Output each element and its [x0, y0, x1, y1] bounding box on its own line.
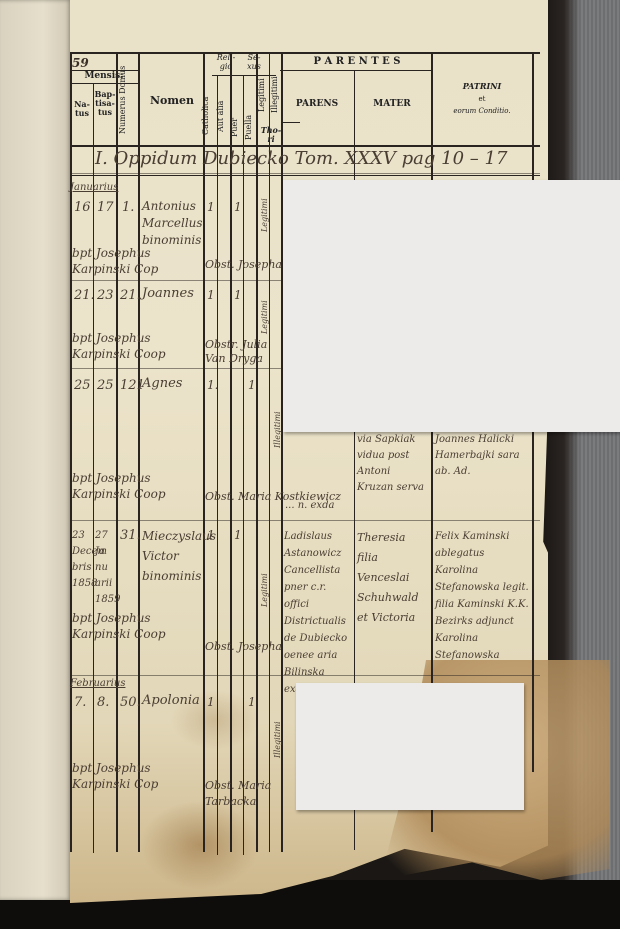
- entry-baptizans: bpt Josephus Karpinski Coop: [72, 330, 182, 362]
- entry-catholica: 1: [207, 288, 215, 302]
- entry-mater: Theresia filia Venceslai Schuhwald et Vi…: [357, 528, 429, 628]
- entry-obstetrix: Obstr. Julia Van Dryga: [205, 338, 285, 366]
- entry-baptisatus: 23: [97, 288, 114, 303]
- entry-baptisatus: 27 Ja nu arii 1859: [95, 528, 115, 608]
- entry-puella: 1: [248, 695, 256, 709]
- entry-natus: 25: [74, 378, 91, 393]
- header-patrini-conditio: eorum Conditio.: [432, 108, 532, 116]
- entry-thori: Illegitimi: [273, 390, 282, 470]
- entry-baptisatus: 25: [97, 378, 114, 393]
- entry-parens: Ladislaus Astanowicz Cancellista pner c.…: [284, 528, 354, 698]
- entry-obstetrix: Obst. Josepha: [205, 258, 282, 271]
- entry-catholica: 1: [207, 528, 215, 542]
- header-numerus-domus: Numerus Domus: [118, 60, 132, 140]
- entry-baptisatus: 8.: [97, 695, 109, 710]
- entry-nomen: Apolonia: [142, 693, 200, 708]
- entry-catholica: 1: [207, 695, 215, 709]
- paper-slip-bottom: [296, 683, 524, 810]
- entry-mater: via Sapkiak vidua post Antoni Kruzan ser…: [357, 432, 429, 496]
- entry-thori: Legitimi: [260, 290, 269, 345]
- entry-baptisatus: 17: [97, 200, 114, 215]
- entry-baptizans: bpt Josephus Karpinski Coop: [72, 610, 182, 642]
- entry-natus: 7.: [74, 695, 86, 710]
- entry-obstetrix: Obst. Maria Tarbacka: [205, 778, 285, 810]
- entry-puer: 1: [234, 288, 242, 302]
- entry-puella: 1: [248, 378, 256, 392]
- header-religio: Reli-gio: [212, 54, 240, 72]
- header-baptisati: Bap-tisa-tus: [94, 90, 116, 116]
- entry-baptizans: bpt Josephus Karpinski Coop: [72, 470, 182, 502]
- entry-patrini: Felix Kaminski ablegatus Karolina Stefan…: [435, 528, 530, 664]
- entry-patrini: Joannes Halicki Hamerbajki sara ab. Ad.: [435, 432, 530, 480]
- header-parentes: P A R E N T E S: [282, 56, 432, 67]
- left-facing-page: [0, 0, 72, 900]
- entry-nomen: Mieczyslaus Victor binominis: [142, 526, 204, 586]
- header-parens: PARENS: [282, 100, 352, 110]
- entry-domus: 31.: [120, 528, 141, 543]
- entry-natus: 23 Decem bris 1858: [72, 528, 92, 592]
- entry-domus: 21.: [120, 288, 141, 303]
- entry-extra: ... n. exda: [285, 500, 334, 511]
- entry-baptizans: bpt Josephus Karpinski Cop: [72, 245, 182, 277]
- entry-puer: 1: [234, 200, 242, 214]
- entry-month: Februarius: [70, 678, 125, 689]
- page-number: 59: [72, 56, 89, 70]
- header-patrini-et: et: [432, 96, 532, 104]
- header-nati: Na-tus: [71, 100, 93, 118]
- entry-puer: 1: [234, 528, 242, 542]
- entry-nomen: Joannes: [142, 286, 194, 301]
- entry-baptizans: bpt Josephus Karpinski Cop: [72, 760, 182, 792]
- header-puella: Puella: [244, 110, 256, 144]
- header-legitimi: Legitimi: [257, 70, 269, 120]
- entry-catholica: 1.: [207, 378, 218, 392]
- entry-domus: 50.: [120, 695, 141, 710]
- header-sexus: Se-xus: [242, 54, 266, 72]
- entry-thori: Legitimi: [260, 190, 269, 240]
- header-nomen: Nomen: [140, 95, 204, 107]
- entry-domus: 1.: [122, 200, 134, 215]
- entry-nomen: Antonius Marcellus binominis: [142, 198, 202, 249]
- section-heading: I. Oppidum Dubiecko Tom. XXXV pag 10 – 1…: [95, 148, 507, 169]
- entry-thori: Illegitimi: [273, 710, 282, 770]
- paper-slip-top: [283, 180, 620, 432]
- header-thori: Tho-ri: [260, 126, 282, 144]
- entry-obstetrix: Obst. Josepha: [205, 640, 282, 653]
- header-patrini: PATRINI: [432, 82, 532, 91]
- entry-nomen: Agnes: [142, 376, 182, 391]
- entry-catholica: 1: [207, 200, 215, 214]
- entry-natus: 21.: [74, 288, 95, 303]
- entry-natus: 16: [74, 200, 91, 215]
- entry-thori: Legitimi: [260, 560, 269, 620]
- entry-month: Januarius: [70, 182, 118, 193]
- header-mater: MATER: [354, 100, 430, 110]
